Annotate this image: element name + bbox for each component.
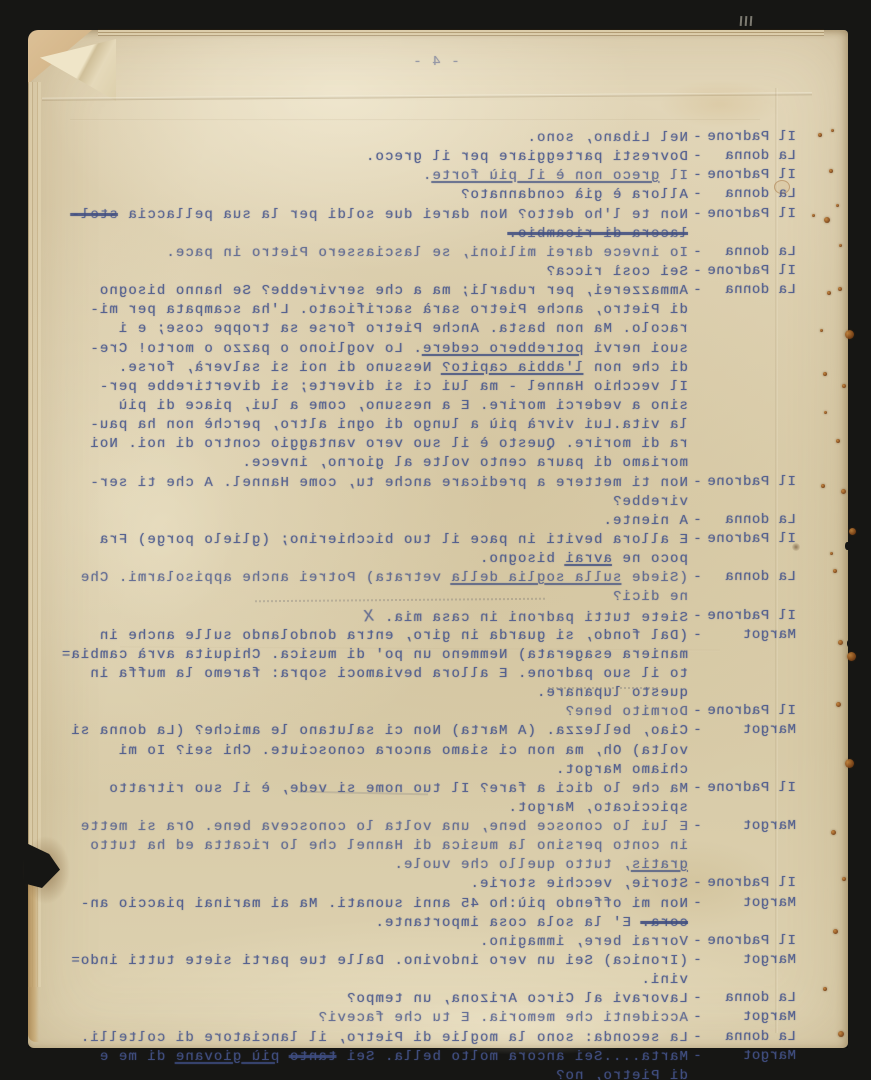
dialogue-lines: Marta....Sei ancora molto bella. Sei tan… [40,1048,688,1080]
speaker-name: Il Padrone [706,263,796,279]
script-line: Vorrai bere, immagino. [40,933,688,952]
script-line: poco ne avrai bisogno. [40,550,688,569]
script-line: Lavoravi al Circo Arizona, un tempo? [40,990,688,1009]
speaker-name: Margot [706,1048,796,1064]
dialogue-cue: Margot-(Ironica) Sei un vero indovino. D… [40,952,796,990]
script-line: Non mi offendo più:ho 45 anni suonati. M… [40,895,688,914]
script-line: Ammazzerei, per rubarli; ma a che servir… [40,282,688,301]
script-line: A niente. [40,512,688,531]
edge-tear [847,640,851,647]
script-line: La seconda: sono la moglie di Pietro, il… [40,1029,688,1048]
speaker-name: La donna [706,244,796,260]
script-line: Allora è già condannato? [40,186,688,205]
script-line: (Dal fondo, si guarda in giro, entra don… [40,627,688,646]
speaker-dash: - [688,895,706,911]
speaker-dash: - [688,1009,706,1025]
dialogue-lines: Dormito bene? [40,703,688,722]
speaker-dash: - [688,148,706,164]
dialogue-cue: Il Padrone-Ma che lo dici a fare? Il tuo… [40,780,796,818]
dialogue-lines: Non ti mettere a predicare anche tu, com… [40,474,688,512]
speaker-name: Il Padrone [706,875,796,891]
dialogue-lines: E allora beviti in pace il tuo bicchieri… [40,531,688,569]
dialogue-lines: Non te l'ho detto? Non darei due soldi p… [40,206,688,244]
script-line: spiccicato, Margot. [40,799,688,818]
script-line: Marta....Sei ancora molto bella. Sei tan… [40,1048,688,1067]
speaker-dash: - [688,129,706,145]
dialogue-cue: Il Padrone-Vorrai bere, immagino. [40,933,796,952]
dialogue-lines: Allora è già condannato? [40,186,688,205]
speaker-dash: - [688,875,706,891]
script-line: la vita.Lui vivrà più a lungo di ogni al… [40,416,688,435]
speaker-name: Il Padrone [706,608,796,624]
dialogue-cue: La donna-Allora è già condannato? [40,186,796,205]
script-line: moriamo di paura cento volte al giorno, … [40,454,688,473]
script-line: Dovresti parteggiare per il greco. [40,148,688,167]
speaker-dash: - [688,933,706,949]
script-line: maniera esagerata) Nemmeno un po' di mus… [40,646,688,665]
script-line: cora. E' la sola cosa importante. [40,914,688,933]
speaker-name: Margot [706,895,796,911]
dialogue-lines: E lui lo conosce bene, una volta lo cono… [40,818,688,875]
dialogue-lines: Siete tutti padroni in casa mia. X [40,608,688,627]
dialogue-cue: Il Padrone-E allora beviti in pace il tu… [40,531,796,569]
script-line: in conto persino la musica di Hannel che… [40,837,688,856]
dialogue-lines: Lavoravi al Circo Arizona, un tempo? [40,990,688,1009]
dialogue-cue: Margot-E lui lo conosce bene, una volta … [40,818,796,875]
speaker-dash: - [688,167,706,183]
dialogue-cue: La donna-La seconda: sono la moglie di P… [40,1029,796,1048]
script-line: Nel Libano, sono. [40,129,688,148]
speaker-name: Margot [706,722,796,738]
speaker-name: Il Padrone [706,780,796,796]
dialogue-cue: La donna-A niente. [40,512,796,531]
mirrored-typewritten-text: - 4 - Il Padrone-Nel Libano, sono.La don… [34,30,838,1046]
dialogue-lines: Io invece darei milioni, se lasciassero … [40,244,688,263]
speaker-name: La donna [706,1029,796,1045]
script-line: lacera di ricambio. [40,225,688,244]
script-line: racolo. Ma non basta. Anche Pietro forse… [40,320,688,339]
dialogue-cue: La donna-(Siede sulla soglia della vetra… [40,569,796,607]
dialogue-cue: Il Padrone-Storie, vecchie storie. [40,875,796,894]
script-line: E allora beviti in pace il tuo bicchieri… [40,531,688,550]
script-line: Il greco non è il più forte. [40,167,688,186]
dialogue-lines: (Ironica) Sei un vero indovino. Dalle tu… [40,952,688,990]
script-line: volta) Oh, ma non ci siamo ancora conosc… [40,742,688,761]
script-line: virebbe? [40,493,688,512]
script-line: di Pietro, anche Pietro sarà sacrificato… [40,301,688,320]
speaker-dash: - [688,263,706,279]
dialogue-lines: A niente. [40,512,688,531]
dialogue-lines: Nel Libano, sono. [40,129,688,148]
dialogue-cue: Margot-(Dal fondo, si guarda in giro, en… [40,627,796,704]
speaker-name: La donna [706,990,796,1006]
speaker-name: Margot [706,627,796,643]
page-number: - 4 - [34,54,838,70]
speaker-dash: - [688,531,706,547]
speaker-dash: - [688,474,706,490]
dialogue-cue: La donna-Io invece darei milioni, se las… [40,244,796,263]
script-line: Dormito bene? [40,703,688,722]
speaker-name: Il Padrone [706,703,796,719]
dialogue-cue: Il Padrone-Non ti mettere a predicare an… [40,474,796,512]
dialogue-cue: Il Padrone-Il greco non è il più forte. [40,167,796,186]
script-line: gratis, tutto quello che vuole. [40,856,688,875]
dialogue-lines: Ma che lo dici a fare? Il tuo nome si ve… [40,780,688,818]
speaker-dash: - [688,818,706,834]
dialogue-lines: La seconda: sono la moglie di Pietro, il… [40,1029,688,1048]
script-line: Ma che lo dici a fare? Il tuo nome si ve… [40,780,688,799]
script-line: ne dici? [40,588,688,607]
dialogue-lines: Accidenti che memoria. E tu che facevi? [40,1009,688,1028]
script-line: Siete tutti padroni in casa mia. X [40,608,688,627]
dialogue-cue: Margot-Accidenti che memoria. E tu che f… [40,1009,796,1028]
speaker-dash: - [688,282,706,298]
speaker-dash: - [688,1029,706,1045]
speaker-name: Margot [706,818,796,834]
speaker-dash: - [688,990,706,1006]
dialogue-lines: Ciao, bellezza. (A Marta) Non ci salutan… [40,722,688,779]
dialogue-cue: La donna-Dovresti parteggiare per il gre… [40,148,796,167]
script-line: suoi nervi potrebbero cedere. Lo voglion… [40,340,688,359]
dialogue-cue: Il Padrone-Non te l'ho detto? Non darei … [40,206,796,244]
corner-tally-marks [740,16,752,26]
script-line: Ciao, bellezza. (A Marta) Non ci salutan… [40,722,688,741]
script-body: Il Padrone-Nel Libano, sono.La donna-Dov… [40,129,796,1080]
speaker-dash: - [688,952,706,968]
script-line: E lui lo conosce bene, una volta lo cono… [40,818,688,837]
script-line: Io invece darei milioni, se lasciassero … [40,244,688,263]
dialogue-cue: Il Padrone-Sei così ricca? [40,263,796,282]
dialogue-lines: Vorrai bere, immagino. [40,933,688,952]
dialogue-cue: Il Padrone-Nel Libano, sono. [40,129,796,148]
speaker-name: Il Padrone [706,474,796,490]
script-line: Sei così ricca? [40,263,688,282]
dialogue-cue: La donna-Ammazzerei, per rubarli; ma a c… [40,282,796,473]
speaker-name: La donna [706,569,796,585]
script-line: Accidenti che memoria. E tu che facevi? [40,1009,688,1028]
dialogue-cue: Il Padrone-Siete tutti padroni in casa m… [40,608,796,627]
dialogue-cue: Il Padrone-Dormito bene? [40,703,796,722]
speaker-dash: - [688,722,706,738]
speaker-name: La donna [706,512,796,528]
speaker-dash: - [688,1048,706,1064]
dialogue-lines: Non mi offendo più:ho 45 anni suonati. M… [40,895,688,933]
script-line: (Siede sulla soglia della vetrata) Potre… [40,569,688,588]
script-line: di Pietro, no? [40,1067,688,1080]
speaker-dash: - [688,703,706,719]
dialogue-lines: Il greco non è il più forte. [40,167,688,186]
speaker-dash: - [688,186,706,202]
script-line: Non ti mettere a predicare anche tu, com… [40,474,688,493]
dialogue-cue: Margot-Marta....Sei ancora molto bella. … [40,1048,796,1080]
speaker-name: Il Padrone [706,933,796,949]
dialogue-cue: Margot-Ciao, bellezza. (A Marta) Non ci … [40,722,796,779]
dialogue-lines: Ammazzerei, per rubarli; ma a che servir… [40,282,688,473]
speaker-name: La donna [706,186,796,202]
speaker-dash: - [688,780,706,796]
dialogue-lines: (Siede sulla soglia della vetrata) Potre… [40,569,688,607]
dialogue-cue: Margot-Non mi offendo più:ho 45 anni suo… [40,895,796,933]
speaker-name: Il Padrone [706,206,796,222]
dialogue-lines: (Dal fondo, si guarda in giro, entra don… [40,627,688,704]
script-line: ra di morire. Questo è il suo vero vanta… [40,435,688,454]
scanned-document-view: { "page": { "page_number": "- 4 -", "cor… [0,0,871,1080]
edge-tear [845,542,850,550]
speaker-name: Margot [706,952,796,968]
script-line: (Ironica) Sei un vero indovino. Dalle tu… [40,952,688,971]
speaker-name: Margot [706,1009,796,1025]
dialogue-lines: Sei così ricca? [40,263,688,282]
speaker-dash: - [688,608,706,624]
script-line: di che non l'abbia capito? Nessuno di no… [40,359,688,378]
script-line: sino a vederci morire. E a nessuno, come… [40,397,688,416]
script-line: Storie, vecchie storie. [40,875,688,894]
speaker-dash: - [688,512,706,528]
dialogue-cue: La donna-Lavoravi al Circo Arizona, un t… [40,990,796,1009]
speaker-dash: - [688,206,706,222]
script-line: to il suo padrone. E allora beviamoci so… [40,665,688,684]
speaker-dash: - [688,244,706,260]
script-line: Non te l'ho detto? Non darei due soldi p… [40,206,688,225]
dialogue-lines: Dovresti parteggiare per il greco. [40,148,688,167]
script-line: Il vecchio Hannel - ma lui ci si diverte… [40,378,688,397]
speaker-name: Il Padrone [706,531,796,547]
speaker-name: La donna [706,282,796,298]
speaker-dash: - [688,627,706,643]
script-line: chiamo Margot. [40,761,688,780]
speaker-name: Il Padrone [706,167,796,183]
script-line: vini. [40,971,688,990]
speaker-name: Il Padrone [706,129,796,145]
speaker-dash: - [688,569,706,585]
speaker-name: La donna [706,148,796,164]
pencil-stroke [548,687,658,689]
dialogue-lines: Storie, vecchie storie. [40,875,688,894]
